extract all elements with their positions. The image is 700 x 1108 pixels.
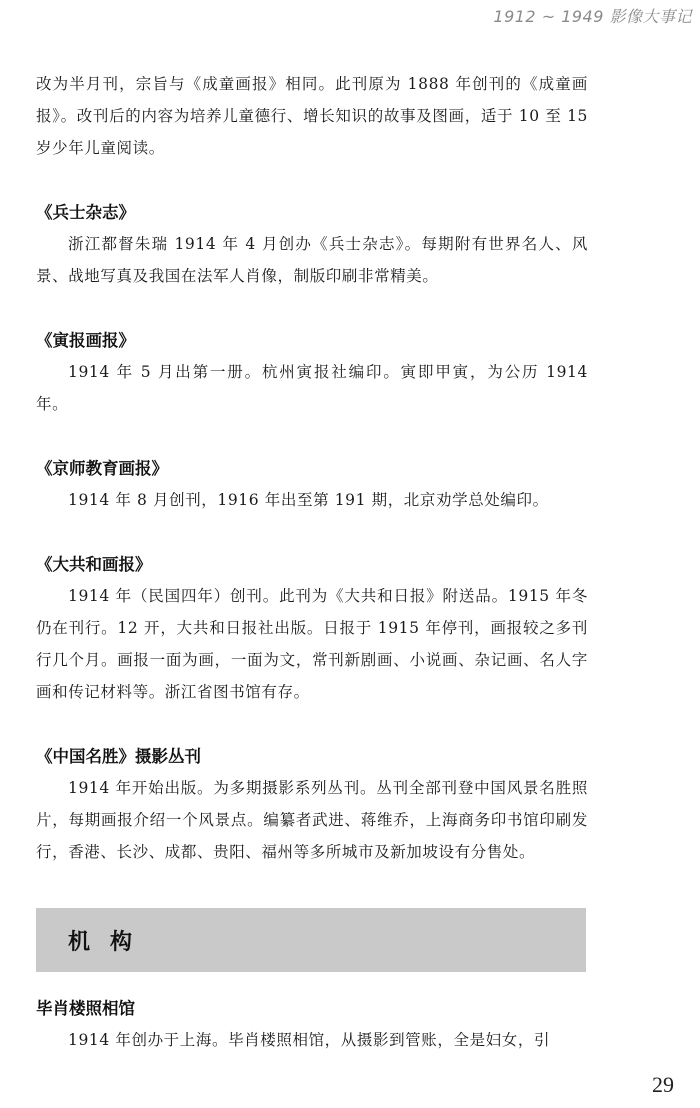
entry-jingshi-jiaoyu-huabao: 《京师教育画报》 1914 年 8 月创刊，1916 年出至第 191 期，北京… — [36, 454, 588, 516]
entry-body: 1914 年创办于上海。毕肖楼照相馆，从摄影到管账，全是妇女，引 — [36, 1024, 588, 1056]
entry-title: 《中国名胜》摄影丛刊 — [36, 742, 588, 772]
running-header: 1912 ~ 1949 影像大事记 — [493, 4, 692, 27]
page-number: 29 — [652, 1072, 674, 1098]
entry-bingshi-zazhi: 《兵士杂志》 浙江都督朱瑞 1914 年 4 月创办《兵士杂志》。每期附有世界名… — [36, 198, 588, 292]
section-title: 机构 — [68, 925, 152, 956]
entry-dagonghe-huabao: 《大共和画报》 1914 年（民国四年）创刊。此刊为《大共和日报》附送品。191… — [36, 550, 588, 708]
entry-title: 《寅报画报》 — [36, 326, 588, 356]
entry-title: 《兵士杂志》 — [36, 198, 588, 228]
entry-title: 《京师教育画报》 — [36, 454, 588, 484]
entry-body: 1914 年 8 月创刊，1916 年出至第 191 期，北京劝学总处编印。 — [36, 484, 588, 516]
intro-paragraph: 改为半月刊，宗旨与《成童画报》相同。此刊原为 1888 年创刊的《成童画报》。改… — [36, 68, 588, 164]
page-content: 改为半月刊，宗旨与《成童画报》相同。此刊原为 1888 年创刊的《成童画报》。改… — [36, 68, 588, 1056]
entry-body: 1914 年开始出版。为多期摄影系列丛刊。丛刊全部刊登中国风景名胜照片，每期画报… — [36, 772, 588, 868]
section-banner: 机构 — [36, 908, 586, 972]
entry-title: 《大共和画报》 — [36, 550, 588, 580]
entry-bixiaolou-studio: 毕肖楼照相馆 1914 年创办于上海。毕肖楼照相馆，从摄影到管账，全是妇女，引 — [36, 994, 588, 1056]
entry-body: 浙江都督朱瑞 1914 年 4 月创办《兵士杂志》。每期附有世界名人、风景、战地… — [36, 228, 588, 292]
entry-body: 1914 年（民国四年）创刊。此刊为《大共和日报》附送品。1915 年冬仍在刊行… — [36, 580, 588, 708]
entry-title: 毕肖楼照相馆 — [36, 994, 588, 1024]
entry-body: 1914 年 5 月出第一册。杭州寅报社编印。寅即甲寅，为公历 1914 年。 — [36, 356, 588, 420]
entry-yinbao-huabao: 《寅报画报》 1914 年 5 月出第一册。杭州寅报社编印。寅即甲寅，为公历 1… — [36, 326, 588, 420]
entry-zhongguo-mingsheng: 《中国名胜》摄影丛刊 1914 年开始出版。为多期摄影系列丛刊。丛刊全部刊登中国… — [36, 742, 588, 868]
